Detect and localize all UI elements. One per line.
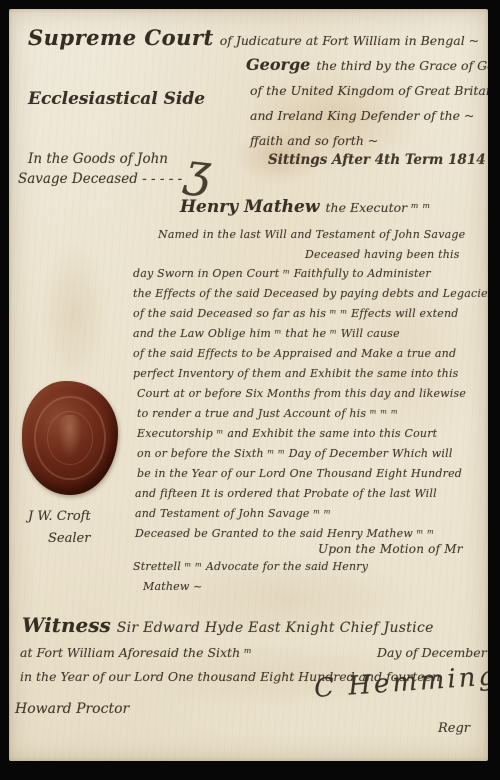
body-line: day Sworn in Open Court ᵐ Faithfully to …: [133, 267, 431, 280]
witness-line1: WitnessSir Edward Hyde East Knight Chief…: [22, 613, 434, 637]
sealer-name: J W. Croft: [28, 509, 91, 524]
court-side-label: Ecclesiastical Side: [28, 89, 205, 109]
registrar-title: Regr: [438, 721, 470, 736]
court-title-line: Supreme Courtof Judicature at Fort Willi…: [28, 25, 479, 50]
body-line: of the said Effects to be Appraised and …: [133, 347, 456, 360]
court-name-continuation: of Judicature at Fort William in Bengal …: [220, 33, 479, 48]
body-line: of the said Deceased so far as his ᵐ ᵐ E…: [133, 307, 459, 320]
seal-crest: [58, 415, 81, 458]
body-line: Deceased having been this: [305, 248, 460, 261]
body-line: Strettell ᵐ ᵐ Advocate for the said Henr…: [133, 560, 368, 573]
executor-name: Henry Mathew: [180, 197, 320, 217]
body-line: and fifteen It is ordered that Probate o…: [135, 487, 437, 500]
executor-heading: Henry Mathewthe Executor ᵐ ᵐ: [180, 197, 430, 217]
royal-style-line2: of the United Kingdom of Great Britain: [250, 83, 488, 98]
body-line: Named in the last Will and Testament of …: [158, 228, 465, 241]
body-line: and Testament of John Savage ᵐ ᵐ: [135, 507, 331, 520]
sealer-title: Sealer: [48, 531, 90, 546]
body-line: Upon the Motion of Mr: [318, 542, 463, 556]
court-name: Supreme Court: [28, 25, 214, 50]
goods-of-line1: In the Goods of John: [28, 151, 168, 167]
body-line: be in the Year of our Lord One Thousand …: [137, 467, 462, 480]
body-line: the Effects of the said Deceased by payi…: [133, 287, 488, 300]
age-stain: [39, 239, 109, 389]
manuscript-brace: ʒ: [182, 142, 213, 198]
witness-line2-left: at Fort William Aforesaid the Sixth ᵐ: [20, 645, 252, 660]
body-line: perfect Inventory of them and Exhibit th…: [133, 367, 459, 380]
body-line: Executorship ᵐ and Exhibit the same into…: [137, 427, 437, 440]
body-line: Deceased be Granted to the said Henry Ma…: [135, 527, 434, 540]
body-line: Court at or before Six Months from this …: [137, 387, 466, 400]
executor-heading-continuation: the Executor ᵐ ᵐ: [326, 200, 431, 215]
document-page: Supreme Courtof Judicature at Fort Willi…: [9, 9, 488, 761]
wax-seal: [22, 381, 118, 495]
witness-word: Witness: [22, 613, 111, 637]
registrar-signature: C Hemmings: [313, 660, 488, 704]
body-line: to render a true and Just Account of his…: [137, 407, 398, 420]
royal-style-line4: ffaith and so forth ~: [250, 133, 378, 148]
sittings-line: Sittings After 4th Term 1814 —: [268, 152, 488, 168]
body-line: Mathew ~: [143, 580, 203, 593]
monarch-name: George: [246, 55, 310, 74]
witness-line2-right: Day of December: [377, 645, 487, 660]
witness-line1-continuation: Sir Edward Hyde East Knight Chief Justic…: [117, 620, 434, 636]
goods-of-line2: Savage Deceased - - - - -: [18, 171, 182, 187]
proctor-signature: Howard Proctor: [15, 701, 129, 717]
body-line: on or before the Sixth ᵐ ᵐ Day of Decemb…: [137, 447, 453, 460]
manuscript-scan: { "document": { "header": { "court_lead"…: [0, 0, 500, 780]
royal-style-continuation: the third by the Grace of God: [316, 58, 488, 73]
body-line: and the Law Oblige him ᵐ that he ᵐ Will …: [133, 327, 400, 340]
royal-style-line1: Georgethe third by the Grace of God: [246, 55, 488, 74]
royal-style-line3: and Ireland King Defender of the ~: [250, 108, 475, 123]
